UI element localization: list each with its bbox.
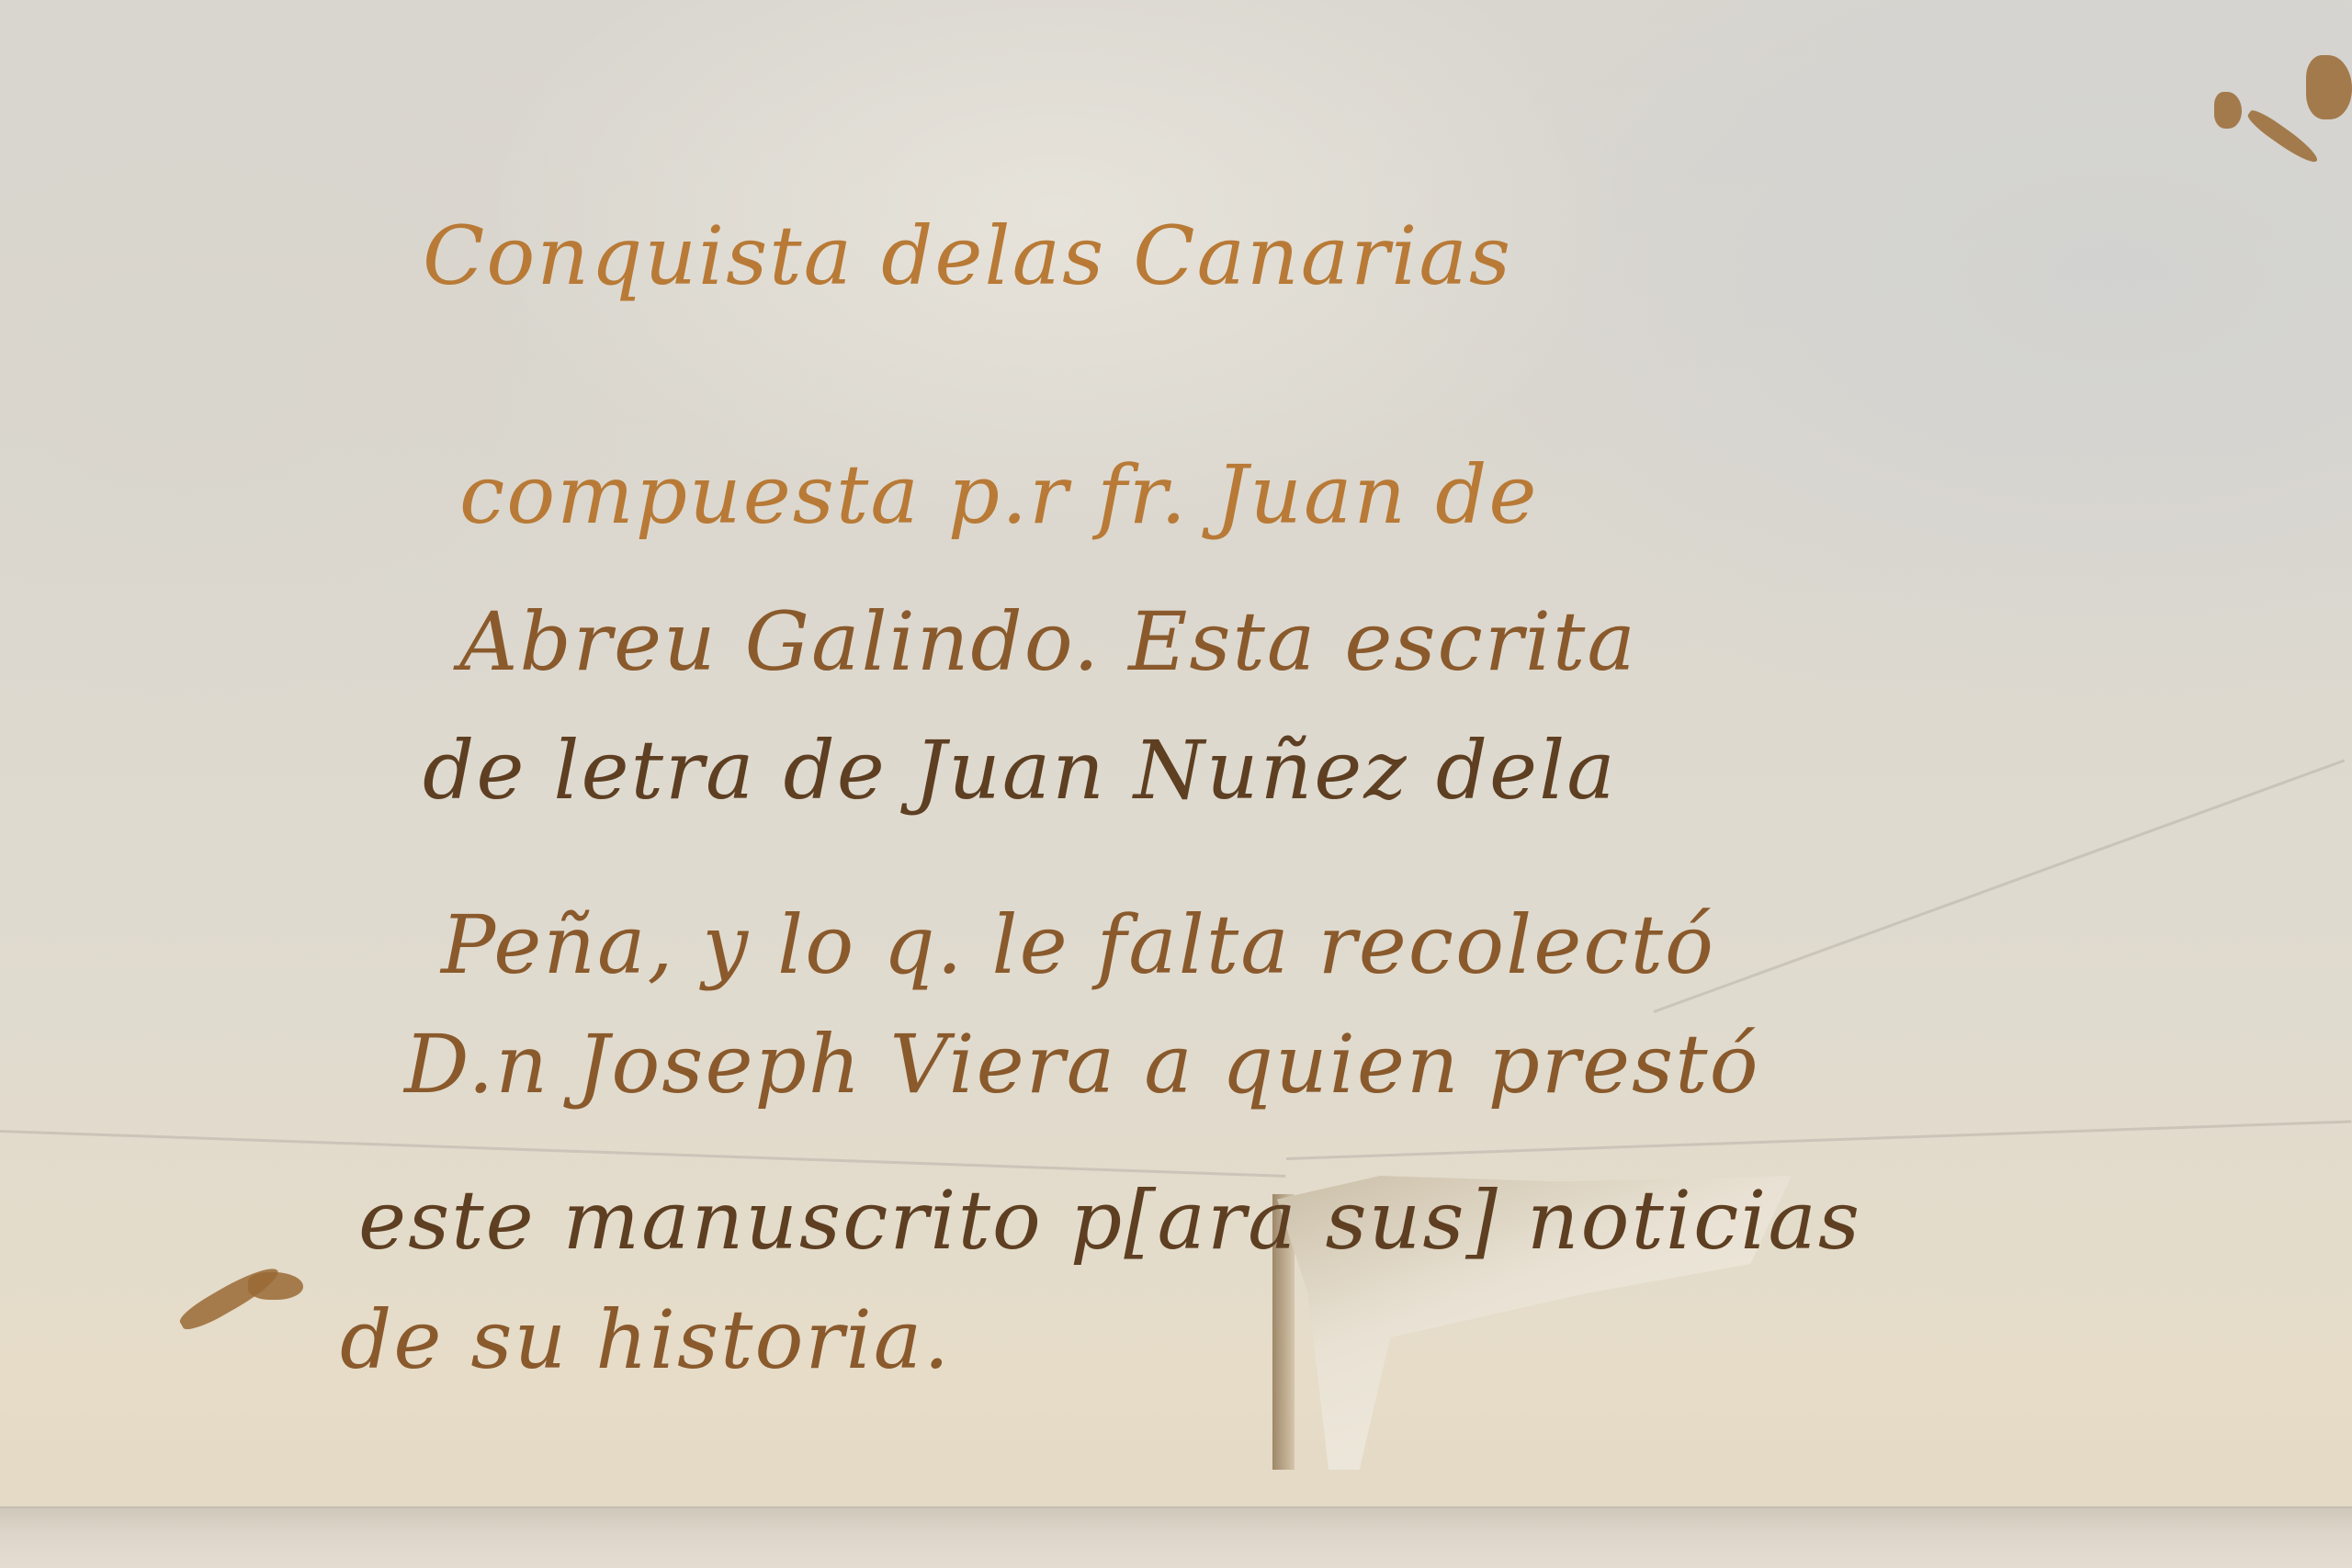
manuscript-line-1: Conquista delas Canarias — [423, 216, 1512, 297]
ink-stain — [2214, 92, 2242, 129]
manuscript-line-6: D.n Joseph Viera a quien prestó — [404, 1024, 1760, 1105]
paper-bottom-edge — [0, 1506, 2352, 1568]
manuscript-line-8: de su historia. — [340, 1300, 951, 1381]
manuscript-line-5: Peña, y lo q. le falta recolectó — [441, 905, 1715, 986]
ink-stain — [248, 1272, 303, 1300]
manuscript-line-7: este manuscrito p[ara sus] noticias — [358, 1180, 1861, 1261]
ink-stain — [2306, 55, 2352, 119]
manuscript-line-2: compuesta p.r fr. Juan de — [459, 455, 1539, 536]
manuscript-line-3: Abreu Galindo. Esta escrita — [459, 602, 1637, 682]
manuscript-line-4: de letra de Juan Nuñez dela — [423, 730, 1617, 811]
